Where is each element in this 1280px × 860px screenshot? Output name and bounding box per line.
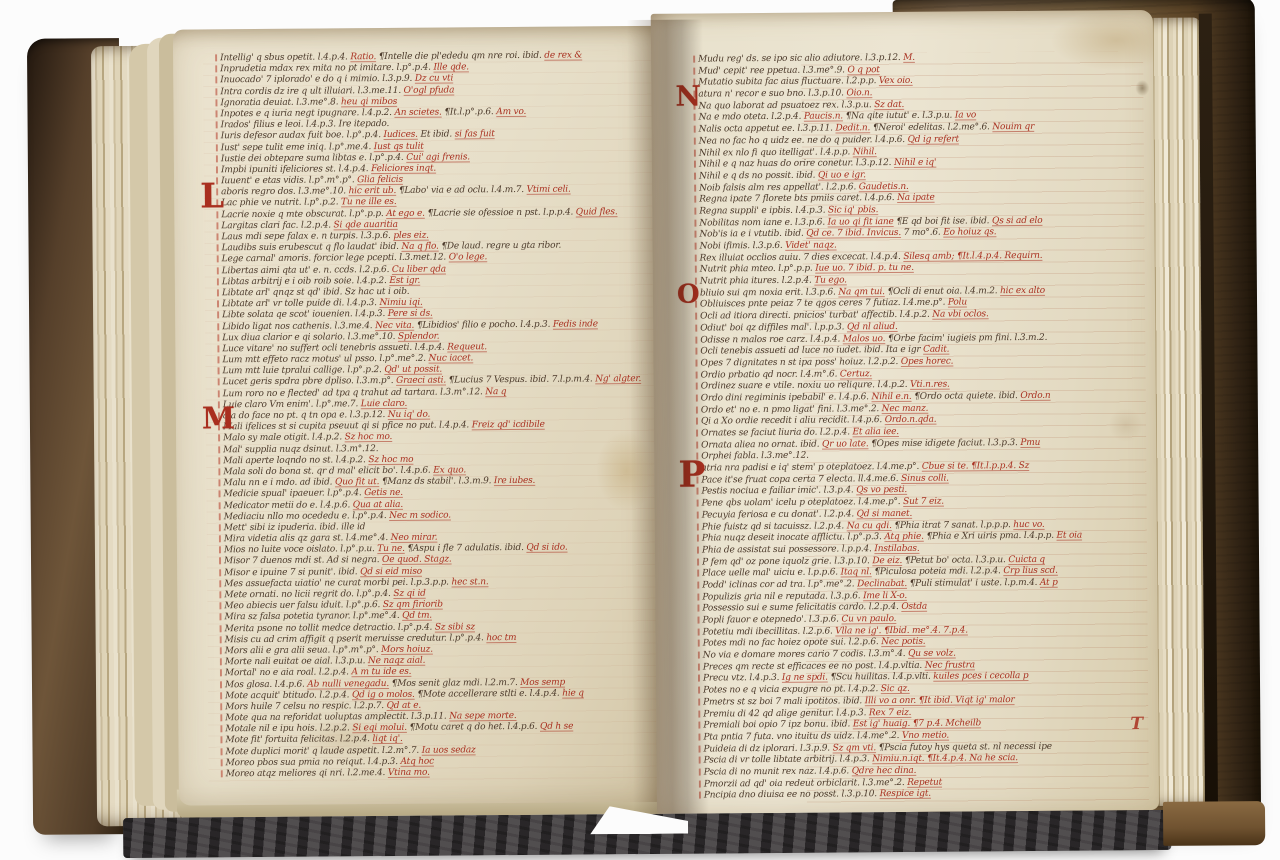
entry-text: Mudu reg' ds. se ipo sic alio adiutore. …	[698, 53, 903, 65]
entry-text: Nihil e q ds no possit. ibid.	[699, 170, 818, 181]
rubricated-catchword: Qs vo pesti.	[856, 485, 907, 495]
entry-text: Libte solata qe scot' iouenien. l.4.p.3.	[222, 309, 388, 320]
entry-text: Lac phie ve nutrit. l.p°.p.2.	[221, 198, 341, 209]
entry-text: atura n' recor e suo bno. l.3.p.10.	[698, 88, 846, 99]
entry-text: ¶Manz ds stabil'. l.3.m.9.	[379, 476, 494, 487]
entry-text: Nea no fac ho q uidz ee. ne do q puider.…	[699, 135, 908, 147]
rubricated-catchword: Ordo.n	[1020, 391, 1050, 401]
entry-text: Laudibs suis erubescut q flo laudat' ibi…	[222, 242, 402, 253]
entry-text: Iuuent' e etas vidis. l.p°.m°.p°.	[221, 175, 357, 186]
entry-text: Nalis octa appetut ee. l.3.p.11.	[699, 124, 836, 135]
rubricated-catchword: si fas fuit	[455, 129, 495, 139]
entry-text: Merita psone no tollit medce detractio. …	[225, 622, 435, 634]
manuscript-photo: Intellig' q sbus opetit. l.4.p.4. Ratio.…	[0, 0, 1280, 860]
rubricated-catchword: Et alia iee.	[852, 427, 898, 437]
entry-text: Iust' sepe tulit eme iniq. l.p°.me.4.	[221, 142, 374, 153]
entry-text: bliuio sui qm noxia erit. l.3.p.6.	[700, 287, 838, 298]
entry-text: Noib falsis alm res appellat'. l.2.p.6.	[699, 182, 859, 193]
rubricated-catchword: Qs si ad elo	[992, 215, 1043, 225]
rubricated-catchword: hic erit ub.	[349, 186, 397, 196]
entry-text: Nihil e q naz huas do orire conetur. l.3…	[699, 158, 894, 170]
left-page: Intellig' q sbus opetit. l.4.p.4. Ratio.…	[173, 26, 671, 806]
entry-text: Ocli ad itiora directi. pnicios' turbat'…	[700, 310, 932, 322]
rubricated-catchword: Sz qm firiorib	[383, 600, 443, 610]
rubricated-catchword: At p	[1040, 578, 1058, 588]
entry-text: Laus mdi sepe falax e. n turpis. l.3.p.6…	[221, 231, 393, 242]
rubricated-catchword: Na sepe morte.	[449, 711, 516, 722]
rubricated-catchword: Atq hoc	[400, 756, 434, 766]
entry-text: aboris regro dos. l.3.me°.10.	[221, 187, 348, 198]
rubricated-catchword: Nec m sodico.	[389, 510, 451, 520]
rubricated-catchword: Qua at alia.	[353, 499, 403, 509]
rubricated-catchword: Na ipate	[897, 193, 935, 203]
rubricated-catchword: Atq phie.	[884, 532, 923, 542]
rubricated-catchword: Splendor.	[398, 331, 440, 341]
entry-text: Mett' sibi iz ipuderia. ibid. ille id	[224, 522, 366, 533]
rubricated-catchword: Na qm tui.	[838, 287, 884, 297]
marginal-rubric-mark: T	[1130, 714, 1143, 734]
rubricated-catchword: Fedis inde	[553, 319, 598, 329]
rubricated-catchword: Ratio.	[350, 52, 376, 62]
entry-text: Ordo et' no e. n pmo ligat' fini. l.3.me…	[701, 404, 882, 415]
entry-text: Pscia di vr tolle libtate arbitrij. l.4.…	[704, 754, 873, 765]
entry-text: Lum mtt effeto racz motus' ul psso. l.p°…	[222, 354, 428, 366]
rubricated-catchword: Nuc iacet.	[429, 353, 474, 363]
entry-text: ¶Aspu i fle 7 adulatis. ibid.	[405, 543, 527, 554]
rubricated-catchword: Sz dat.	[874, 100, 904, 110]
manuscript-line: Moreo atqz meliores qi nri. l.2.me.4. Vt…	[221, 766, 667, 781]
rubricated-catchword: Nu iq' do.	[388, 410, 430, 420]
rubricated-catchword: Silesq amb; ¶It.l.4.p.4. Requirn.	[903, 251, 1042, 262]
entry-text: Mediaciu nllo mo ocededu e. l.p°.p.4.	[224, 511, 390, 522]
rubricated-catchword: Et oia	[1056, 531, 1082, 541]
entry-text: Lum mtt luie tpralui callige. l.p°.p.2.	[223, 365, 385, 376]
entry-text: Qi a Xo ordie recedit i aliu recidit. l.…	[701, 415, 885, 426]
entry-text: Pmetrs st sz boi 7 mali ipotitos. ibid.	[703, 696, 865, 707]
rubricated-catchword: Nihil e iq'	[894, 158, 936, 168]
rubricated-catchword: Cbue si te. ¶It.l.p.p.4. Sz	[922, 461, 1029, 472]
rubricated-catchword: Nimiu iqi.	[379, 298, 422, 308]
entry-text: Phie fuistz qd si tacuissz. l.2.p.4.	[702, 521, 847, 532]
rubricated-catchword: Na cu qdi.	[847, 521, 892, 531]
entry-text: Phia nuqz deseit inocate afflictu. l.p°.…	[702, 532, 885, 543]
rubricated-catchword: Respice igt.	[880, 789, 931, 799]
rubricated-catchword: Si qde auaritia	[333, 220, 397, 231]
entry-text: ¶Lucius 7 Vespus. ibid. 7.l.p.m.4.	[446, 375, 595, 386]
entry-text: Phia de assistat sui possessore. l.p.p.4…	[702, 544, 874, 555]
entry-text: ¶De laud. regre u gta ribor.	[439, 241, 561, 252]
rubricated-catchword: Vtina mo.	[388, 768, 430, 778]
entry-text: Largitas clari fac. l.2.p.4.	[221, 220, 333, 231]
rubricated-catchword: O'o lege.	[449, 253, 488, 263]
entry-text: Odiut' boi qz diffiles mal'. l.p.p.3.	[700, 322, 847, 333]
entry-text: Puideia di dz iplorari. l.3.p.9.	[703, 743, 832, 754]
rubricated-catchword: O'ogl pfuda	[404, 85, 455, 95]
entry-text: Mos glosa. l.4.p.6.	[225, 679, 307, 690]
rubricated-catchword: Dedit.n.	[835, 123, 870, 133]
right-page: Mudu reg' ds. se ipo sic alio adiutore. …	[651, 10, 1159, 814]
rubricated-catchword: Ostda	[901, 602, 927, 612]
entry-text: ¶Libidios' filio e pocho. l.4.p.3.	[414, 319, 553, 330]
rubricated-catchword: kuiles pces i cecolla p	[933, 671, 1028, 682]
entry-text: Mal' supplia nuqz dsinut. l.3.m°.12.	[223, 444, 378, 455]
entry-text: ¶Lacrie sie ofessioe n pst. l.p.p.4.	[425, 207, 576, 218]
rubricated-catchword: Malos uo.	[843, 334, 886, 344]
entry-text: 7 mo°.6.	[901, 228, 943, 238]
entry-text: ¶Piculosa poteia mdi. l.2.p.4.	[872, 566, 1004, 577]
rubricated-catchword: Nihil.	[853, 147, 877, 157]
rubricated-catchword: Pere si ds.	[388, 309, 433, 319]
rubricated-catchword: Certuz.	[840, 369, 872, 379]
entry-text: Lum roro no e flected' ad tpa q trahut a…	[223, 387, 486, 399]
rubricated-catchword: Cadit.	[923, 345, 949, 355]
entry-text: Populizis gria nil e reputada. l.3.p.6.	[702, 591, 863, 602]
entry-text: Mote acquit' btitudo. l.2.p.4.	[225, 690, 352, 701]
rubricated-catchword: liqt iq'.	[372, 734, 402, 744]
rubricated-catchword: Qu se volz.	[908, 649, 956, 659]
entry-text: Medicator metii do e. l.4.p.6.	[224, 500, 353, 511]
rubricated-catchword: Sinus colli.	[901, 473, 949, 483]
rubricated-catchword: Ire iubes.	[494, 476, 535, 486]
entry-text: ¶Ordo octa quiete. ibid.	[911, 391, 1020, 402]
entry-text: ¶Puli stimulat' i uste. l.p.m.4.	[907, 578, 1040, 589]
entry-text: Malu nn e i mdo. ad ibid.	[223, 478, 335, 489]
illuminated-initial-N: N	[675, 85, 701, 109]
entry-text: Popli fauor e otepnedo'. l.3.p.6.	[702, 614, 841, 625]
entry-text: Rex illuiat occlios auiu. 7 dies excecat…	[700, 252, 904, 264]
entry-text: Premiu di 42 qd alige genitur. l.4.p.3.	[703, 708, 869, 719]
rubricated-catchword: Iue uo. 7 ibid. p. tu ne.	[815, 263, 914, 274]
entry-text: Misor e ipuine 7 si punit'. ibid.	[224, 567, 360, 578]
entry-text: Misor 7 duenos mdi st. Ad si negra.	[224, 555, 382, 566]
entry-text: Lacrie noxie q mte obscurat. l.p°.p.p.	[221, 209, 386, 220]
rubricated-catchword: Nec vita.	[375, 320, 414, 330]
entry-text: ¶Scu huilitas. l.4.p.vlti.	[828, 672, 934, 683]
entry-text: Mortal' no e aia roal. l.2.p.4.	[225, 668, 352, 679]
entry-text: Mors alii e gra alii seua. l.p°.m°.p°.	[225, 645, 381, 656]
rubricated-catchword: Itaq nl.	[841, 567, 872, 577]
rubricated-catchword: Getis ne.	[364, 488, 403, 498]
entry-text: Pestis nociua e failiar imic'. l.3.p.4.	[701, 486, 856, 497]
entry-text: Moreo atqz meliores qi nri. l.2.me.4.	[226, 768, 388, 779]
rubricated-catchword: de rex &	[544, 50, 582, 60]
rubricated-catchword: Neo mirar.	[391, 533, 438, 543]
rubricated-catchword: Nec frustra	[925, 660, 975, 670]
entry-text: Odisse n malos roe carz. l.4.p.4.	[700, 334, 843, 345]
rubricated-catchword: Est igr.	[389, 275, 420, 285]
rubricated-catchword: Sic qz.	[881, 684, 910, 694]
entry-text: ¶Mote accellerare stlti e. l.4.p.4.	[415, 688, 563, 699]
rubricated-catchword: Qd si eid miso	[360, 566, 422, 576]
rubricated-catchword: Qd' ut possit.	[384, 365, 442, 375]
entry-text: ¶Petut bo' octa. l.3.p.u.	[902, 555, 1008, 566]
rubricated-catchword: hoc tm	[486, 633, 516, 643]
rubricated-catchword: M.	[903, 53, 915, 63]
entry-text: ¶E qd boi fit ise. ibid.	[894, 216, 992, 227]
entry-text: Opes 7 dignitates n st ipa poss' hoiuz. …	[700, 357, 900, 369]
rubricated-catchword: Vlla ne ig'. ¶Ibid. me°.4. 7.p.4.	[835, 625, 968, 636]
rubricated-catchword: Oio.n.	[846, 88, 872, 98]
rubricated-catchword: Cu liber qda	[392, 264, 446, 274]
rubricated-catchword: Tu ego.	[814, 275, 847, 285]
rubricated-catchword: Feliciores inqt.	[371, 163, 436, 174]
rubricated-catchword: Nec manz.	[882, 403, 929, 413]
entry-text: ¶Labo' via e ad oclu. l.4.m.7.	[396, 185, 527, 196]
rubricated-catchword: Nimiu.n.iqt. ¶It.4.p.4. Na he scia.	[872, 753, 1018, 764]
entry-text: Mali aperte loqndo no st. l.4.p.2.	[223, 455, 368, 466]
entry-text: Preces qm recte st efficaces ee no post.…	[703, 661, 925, 673]
rubricated-catchword: Quid fles.	[576, 207, 618, 217]
entry-text: Iustie dei obtepare suma libtas e. l.p°.…	[221, 153, 406, 164]
entry-text: Pene qbs uolam' icelu p oteplatoez. l.4.…	[702, 497, 904, 509]
rubricated-catchword: Sz qi id	[393, 589, 425, 599]
rubricated-catchword: Cui' agi frenis.	[406, 152, 470, 162]
entry-text: ¶It.l.p°.p.6.	[442, 107, 497, 117]
rubricated-catchword: huc vo.	[1013, 519, 1044, 529]
rubricated-catchword: Na q flo.	[401, 242, 438, 252]
entry-text: ¶Pscia futoy hys queta st. nl necessi ip…	[876, 741, 1052, 752]
rubricated-catchword: Sut 7 eiz.	[903, 497, 944, 507]
rubricated-catchword: heu qi mibos	[341, 97, 397, 107]
entry-text: Meo abiecis uer falsu iduit. l.p°.p.6.	[224, 600, 383, 611]
rubricated-catchword: Pmu	[1020, 438, 1040, 448]
entry-text: Ocli tenebis assueti ad luce no iudet. i…	[700, 345, 923, 357]
manuscript-line: Pncipia dno diuisa ee no posst. l.3.p.10…	[699, 787, 1155, 802]
rubricated-catchword: Quo fit ut.	[335, 477, 379, 487]
entry-text: Ignoratia deuiat. l.3.me°.8.	[220, 97, 341, 108]
rubricated-catchword: Sz sibi sz	[435, 622, 475, 632]
rubricated-catchword: Qd nl aliud.	[847, 322, 898, 332]
entry-text: Ordio prbatio qd nocr. l.4.m°.6.	[701, 369, 840, 380]
entry-text: Mote qua na reforidat uoluptas amplectit…	[225, 712, 449, 724]
entry-text: Pscia di no munit rex naz. l.4.p.6.	[704, 766, 852, 777]
rubricated-catchword: Ng' algter.	[595, 374, 641, 384]
rubricated-catchword: Na q	[485, 387, 506, 397]
entry-text: Libertas aimi qta ut' e. n. ccds. l.2.p.…	[222, 265, 392, 276]
entry-text: ¶Mos senit glaz mdi. l.2.m.7.	[389, 677, 520, 688]
rubricated-catchword: Sic iq' pbis.	[828, 205, 878, 215]
rubricated-catchword: Na vbi oclos.	[932, 309, 988, 319]
rubricated-catchword: Vti.n.res.	[910, 380, 950, 390]
rubricated-catchword: Qdre hec dina.	[852, 766, 917, 777]
rubricated-catchword: Crp lius scd.	[1003, 566, 1058, 576]
entry-text: ¶Na qite iutut' e. l.3.p.u.	[843, 111, 955, 122]
rubricated-catchword: Mos semp	[520, 677, 565, 687]
rubricated-catchword: Iust qs tulit	[374, 141, 424, 151]
rubricated-catchword: Ia uos sedaz	[422, 745, 476, 755]
entry-text: ¶Intelle die pl'ededu qm nre roi. ibid.	[376, 51, 544, 62]
rubricated-catchword: At ego e.	[386, 208, 425, 218]
entry-text: Potes no e q vicia expugre no pt. l.4.p.…	[703, 684, 881, 695]
entry-text: Impbi ipuniti ifeliciores st. l.4.p.4.	[221, 164, 371, 175]
rubricated-catchword: Sz hoc mo	[368, 455, 413, 465]
entry-text: Regna ipate 7 florete bts pmiis caret. l…	[699, 193, 897, 205]
entry-text: Pmorzii ad qd' oia redeut orbiclarit. l.…	[704, 778, 907, 790]
entry-text: Potetiu mdi ibecillitas. l.2.p.6.	[703, 626, 836, 637]
rubricated-catchword: Sz hoc mo.	[345, 432, 393, 442]
entry-text: Mutatio subita fac aius fluctuare. l.2.p…	[698, 77, 879, 88]
left-page-text-column: Intellig' q sbus opetit. l.4.p.4. Ratio.…	[215, 50, 667, 781]
rubricated-catchword: Qi uo e igr.	[818, 170, 866, 180]
rubricated-catchword: A m tu ide es.	[351, 667, 411, 677]
illuminated-initial-P: P	[678, 459, 705, 490]
entry-text: ¶Phia e Xri uiris pma. l.4.p.p.	[924, 531, 1057, 542]
entry-text: ¶Neroi' edelitas. l.2.me°.6.	[870, 122, 992, 133]
rubricated-catchword: Qd tm.	[402, 611, 432, 621]
right-page-text-column: Mudu reg' ds. se ipo sic alio adiutore. …	[693, 51, 1155, 803]
rubricated-catchword: Ex quo.	[433, 465, 466, 475]
entry-text: Nutrit phia mteo. l.p°.p.p.	[700, 264, 816, 275]
rubricated-catchword: De eiz.	[872, 556, 902, 566]
entry-text: Na e mdo oteta. l.2.p.4.	[699, 112, 804, 123]
entry-text: Medicie spual' ipaeuer. l.p°.p.4.	[223, 488, 364, 499]
entry-text: Inpotes e q iuria negt ipugnare. l.4.p.2…	[220, 108, 394, 119]
entry-text: Pace it'se fruat copa certa 7 electa. ll…	[701, 474, 901, 486]
rubricated-catchword: Eo hoiuz qs.	[943, 228, 996, 238]
rubricated-catchword: Dz cu vti	[415, 74, 453, 84]
rubricated-catchword: Nihil e.n.	[871, 392, 911, 402]
rubricated-catchword: Vno metio.	[902, 730, 949, 740]
entry-text: Misis cu ad crim affigit q pserit meruis…	[225, 633, 487, 645]
entry-text: ¶Opes mise idigete faciut. l.3.p.3.	[868, 438, 1020, 449]
entry-text: Obliuisces pnte peiaz 7 te qgos ceres 7 …	[700, 298, 948, 310]
entry-text: Mala soli do bona st. qr d mal' elicit b…	[223, 466, 433, 478]
rubricated-catchword: hie q	[562, 688, 584, 698]
entry-text: P fem qd' oz pone iquolz grie. l.3.p.10.	[702, 556, 872, 567]
entry-text: Precu vtz. l.4.p.3.	[703, 673, 782, 684]
entry-text: ¶Orbe facim' iugieis pm fini. l.3.m.2.	[885, 332, 1047, 343]
entry-text: Pncipia dno diuisa ee no posst. l.3.p.10…	[704, 789, 880, 800]
entry-text: Ordo dini regiminis ipebabil' e. l.4.p.6…	[701, 392, 872, 403]
rubricated-catchword: Qd ce. 7 ibid. Invicus.	[806, 228, 901, 239]
entry-text: Intellig' q sbus opetit. l.4.p.4.	[220, 52, 350, 63]
rubricated-catchword: Graeci asti.	[396, 376, 446, 386]
entry-text: Mote duplici morit' q laude aspetit. l.2…	[225, 745, 421, 757]
rubricated-catchword: An scietes.	[394, 108, 441, 118]
rubricated-catchword: Instilabas.	[874, 544, 919, 554]
rubricated-catchword: Ia uo qi fit iane	[828, 217, 894, 228]
rubricated-catchword: Ab nulli venegadu.	[307, 678, 389, 689]
rubricated-catchword: Qd si manet.	[857, 509, 913, 519]
rubricated-catchword: Videt' naqz.	[785, 240, 836, 250]
rubricated-catchword: Qd ig refert	[908, 134, 959, 144]
entry-text: Possessio sui e sume felicitatis cardo. …	[702, 602, 901, 614]
entry-text: Potes mdi no fac hoiez opote sui. l.2.p.…	[703, 638, 882, 649]
entry-text: Nobi ifimis. l.3.p.6.	[700, 241, 786, 252]
entry-text: Inprudetia mdax rex mita no pt imitare. …	[220, 63, 433, 75]
rubricated-catchword: Si eqi molui.	[352, 723, 407, 733]
rubricated-catchword: Qd at e.	[387, 701, 422, 711]
entry-text: Pta pntia 7 futa. vno ituitu ds uidz. l.…	[703, 731, 902, 743]
rubricated-catchword: Glia felicis	[357, 175, 403, 185]
rubricated-catchword: Illi vo a onr. ¶It ibid. Viqt ig' malor	[865, 695, 1015, 706]
entry-text: Mes assuefacta uiatio' ne curat morbi pe…	[224, 577, 451, 589]
rubricated-catchword: Nouim qr	[992, 122, 1034, 132]
entry-text: Mete ornati. no licii regrit do. l.p°.p.…	[224, 589, 393, 600]
rubricated-catchword: Iudices.	[383, 130, 417, 140]
lower-cover-leather-strip	[1163, 801, 1265, 846]
entry-text: Motale nil e ipu hois. l.2.p.2.	[225, 724, 352, 735]
rubricated-catchword: Declinabat.	[857, 579, 907, 589]
rubricated-catchword: O q pot	[847, 65, 879, 75]
entry-text: ¶Motu caret q do het. l.4.p.6.	[407, 722, 540, 733]
entry-text: Libtas arbitrij e i oib roib soie. l.4.p…	[222, 276, 390, 287]
illuminated-initial-O: O	[677, 284, 700, 307]
entry-text: Ornates se faciut liuria do. l.2.p.4.	[701, 427, 853, 438]
rubricated-catchword: Gaudetis.n.	[859, 181, 909, 191]
entry-text: Pecuyia feriosa e cu donat'. l.2.p.4.	[702, 509, 857, 520]
entry-text: Iuris defesor audax fuit boe. l.p°.p.4.	[221, 130, 384, 141]
rubricated-catchword: Vex oio.	[879, 76, 913, 86]
entry-text: Mios no luite voce oislato. l.p°.p.u.	[224, 544, 377, 555]
rubricated-catchword: Qd si ido.	[526, 543, 567, 553]
rubricated-catchword: Ille qde.	[433, 63, 468, 73]
entry-text: Mud' cepit' ree ppetua. l.3.me°.9.	[698, 65, 847, 76]
entry-text: Moreo pbos sua pmia no reiqut. l.4.p.3.	[226, 757, 401, 768]
entry-text: Malo sy male otigit. l.4.p.2.	[223, 433, 345, 444]
entry-text: Mali ifelices st si cupita pseuut qi si …	[223, 421, 472, 433]
entry-text: ¶Phia itrat 7 sanat. l.p.p.p.	[892, 520, 1014, 531]
rubricated-catchword: Sz qm vti.	[833, 743, 876, 753]
rubricated-catchword: Tu ne.	[377, 544, 405, 554]
rubricated-catchword: Rex 7 eiz.	[869, 707, 912, 717]
entry-text: Mors huile 7 celsu no respic. l.2.p.7.	[225, 701, 386, 712]
entry-text: Premiali boi opio 7 ipz bonu. ibid.	[703, 720, 853, 731]
rubricated-catchword: Oe quod. Stagz.	[382, 555, 452, 566]
rubricated-catchword: Ia vo	[955, 111, 976, 121]
entry-text: Et ibid.	[418, 130, 455, 140]
rubricated-catchword: Ime li X-o.	[863, 591, 907, 601]
rubricated-catchword: Polu	[948, 298, 967, 308]
entry-text: Nutrit phia itures. l.2.p.4.	[700, 276, 815, 287]
rubricated-catchword: Tu ne ille es.	[341, 197, 397, 207]
rubricated-catchword: Ig ne spdi.	[782, 673, 828, 683]
entry-text: Podd' iclinas cor ad tra. l.p°.me°.2.	[702, 579, 857, 590]
rubricated-catchword: Luie claro.	[361, 399, 407, 409]
rubricated-catchword: ples eiz.	[393, 231, 429, 241]
entry-text: Lege carnal' amoris. forcior lege pcepti…	[222, 253, 449, 265]
entry-text: Nobilitas nom iane e. l.3.p.6.	[699, 217, 827, 228]
rubricated-catchword: Mors hoiuz.	[381, 645, 433, 655]
entry-text: Mira videtia alis qz gara st. l.4.me°.4.	[224, 533, 391, 544]
entry-text: Regna suppli' e ipbis. l.4.p.3.	[699, 205, 828, 216]
rubricated-catchword: Est ig' huaig. ¶7 p.4. Mcheilb	[853, 719, 981, 730]
entry-text: Mira sz falsa potetia tyranor. l.p°.me°.…	[224, 611, 402, 622]
entry-text: Irados' filius e leoi. l.4.p.3. Ire itep…	[221, 119, 390, 130]
entry-text: Lux diua clarior e qi solario. l.3.me°.1…	[222, 332, 398, 343]
entry-text: Lucet geris spdra pbre dpliso. l.3.m.p°.	[223, 376, 397, 387]
rubricated-catchword: Requeut.	[447, 342, 487, 352]
rubricated-catchword: Qd h se	[540, 722, 573, 732]
rubricated-catchword: Cuicta q	[1008, 554, 1045, 564]
rubricated-catchword: Opes horec.	[901, 356, 954, 366]
entry-text: Mote fit' fortuita felicitas. l.2.p.4.	[225, 735, 372, 746]
rubricated-catchword: Nec potis.	[881, 637, 925, 647]
entry-text: Ornata aliea no ornat. ibid.	[701, 439, 822, 450]
entry-text: Morte nali euitat oe aial. l.3.p.u.	[225, 656, 368, 667]
entry-text: Nob'is ia e i vtutib. ibid.	[699, 229, 806, 240]
rubricated-catchword: Repetut	[907, 777, 942, 787]
rubricated-catchword: hec st.n.	[451, 577, 488, 587]
entry-text: ¶Ocli di enut oia. l.4.m.2.	[885, 286, 1000, 297]
entry-text: Orphei fabla. l.3.me°.12.	[701, 451, 809, 462]
rubricated-catchword: Am vo.	[496, 107, 526, 117]
rubricated-catchword: Qr uo late.	[822, 439, 869, 449]
open-book: Intellig' q sbus opetit. l.4.p.4. Ratio.…	[21, 0, 1264, 860]
rubricated-catchword: Qd ig o molos.	[352, 689, 415, 699]
entry-text: Inuocado' 7 iplorado' e do q i mimio. l.…	[220, 74, 415, 86]
rubricated-catchword: Vtimi celi.	[527, 185, 571, 195]
